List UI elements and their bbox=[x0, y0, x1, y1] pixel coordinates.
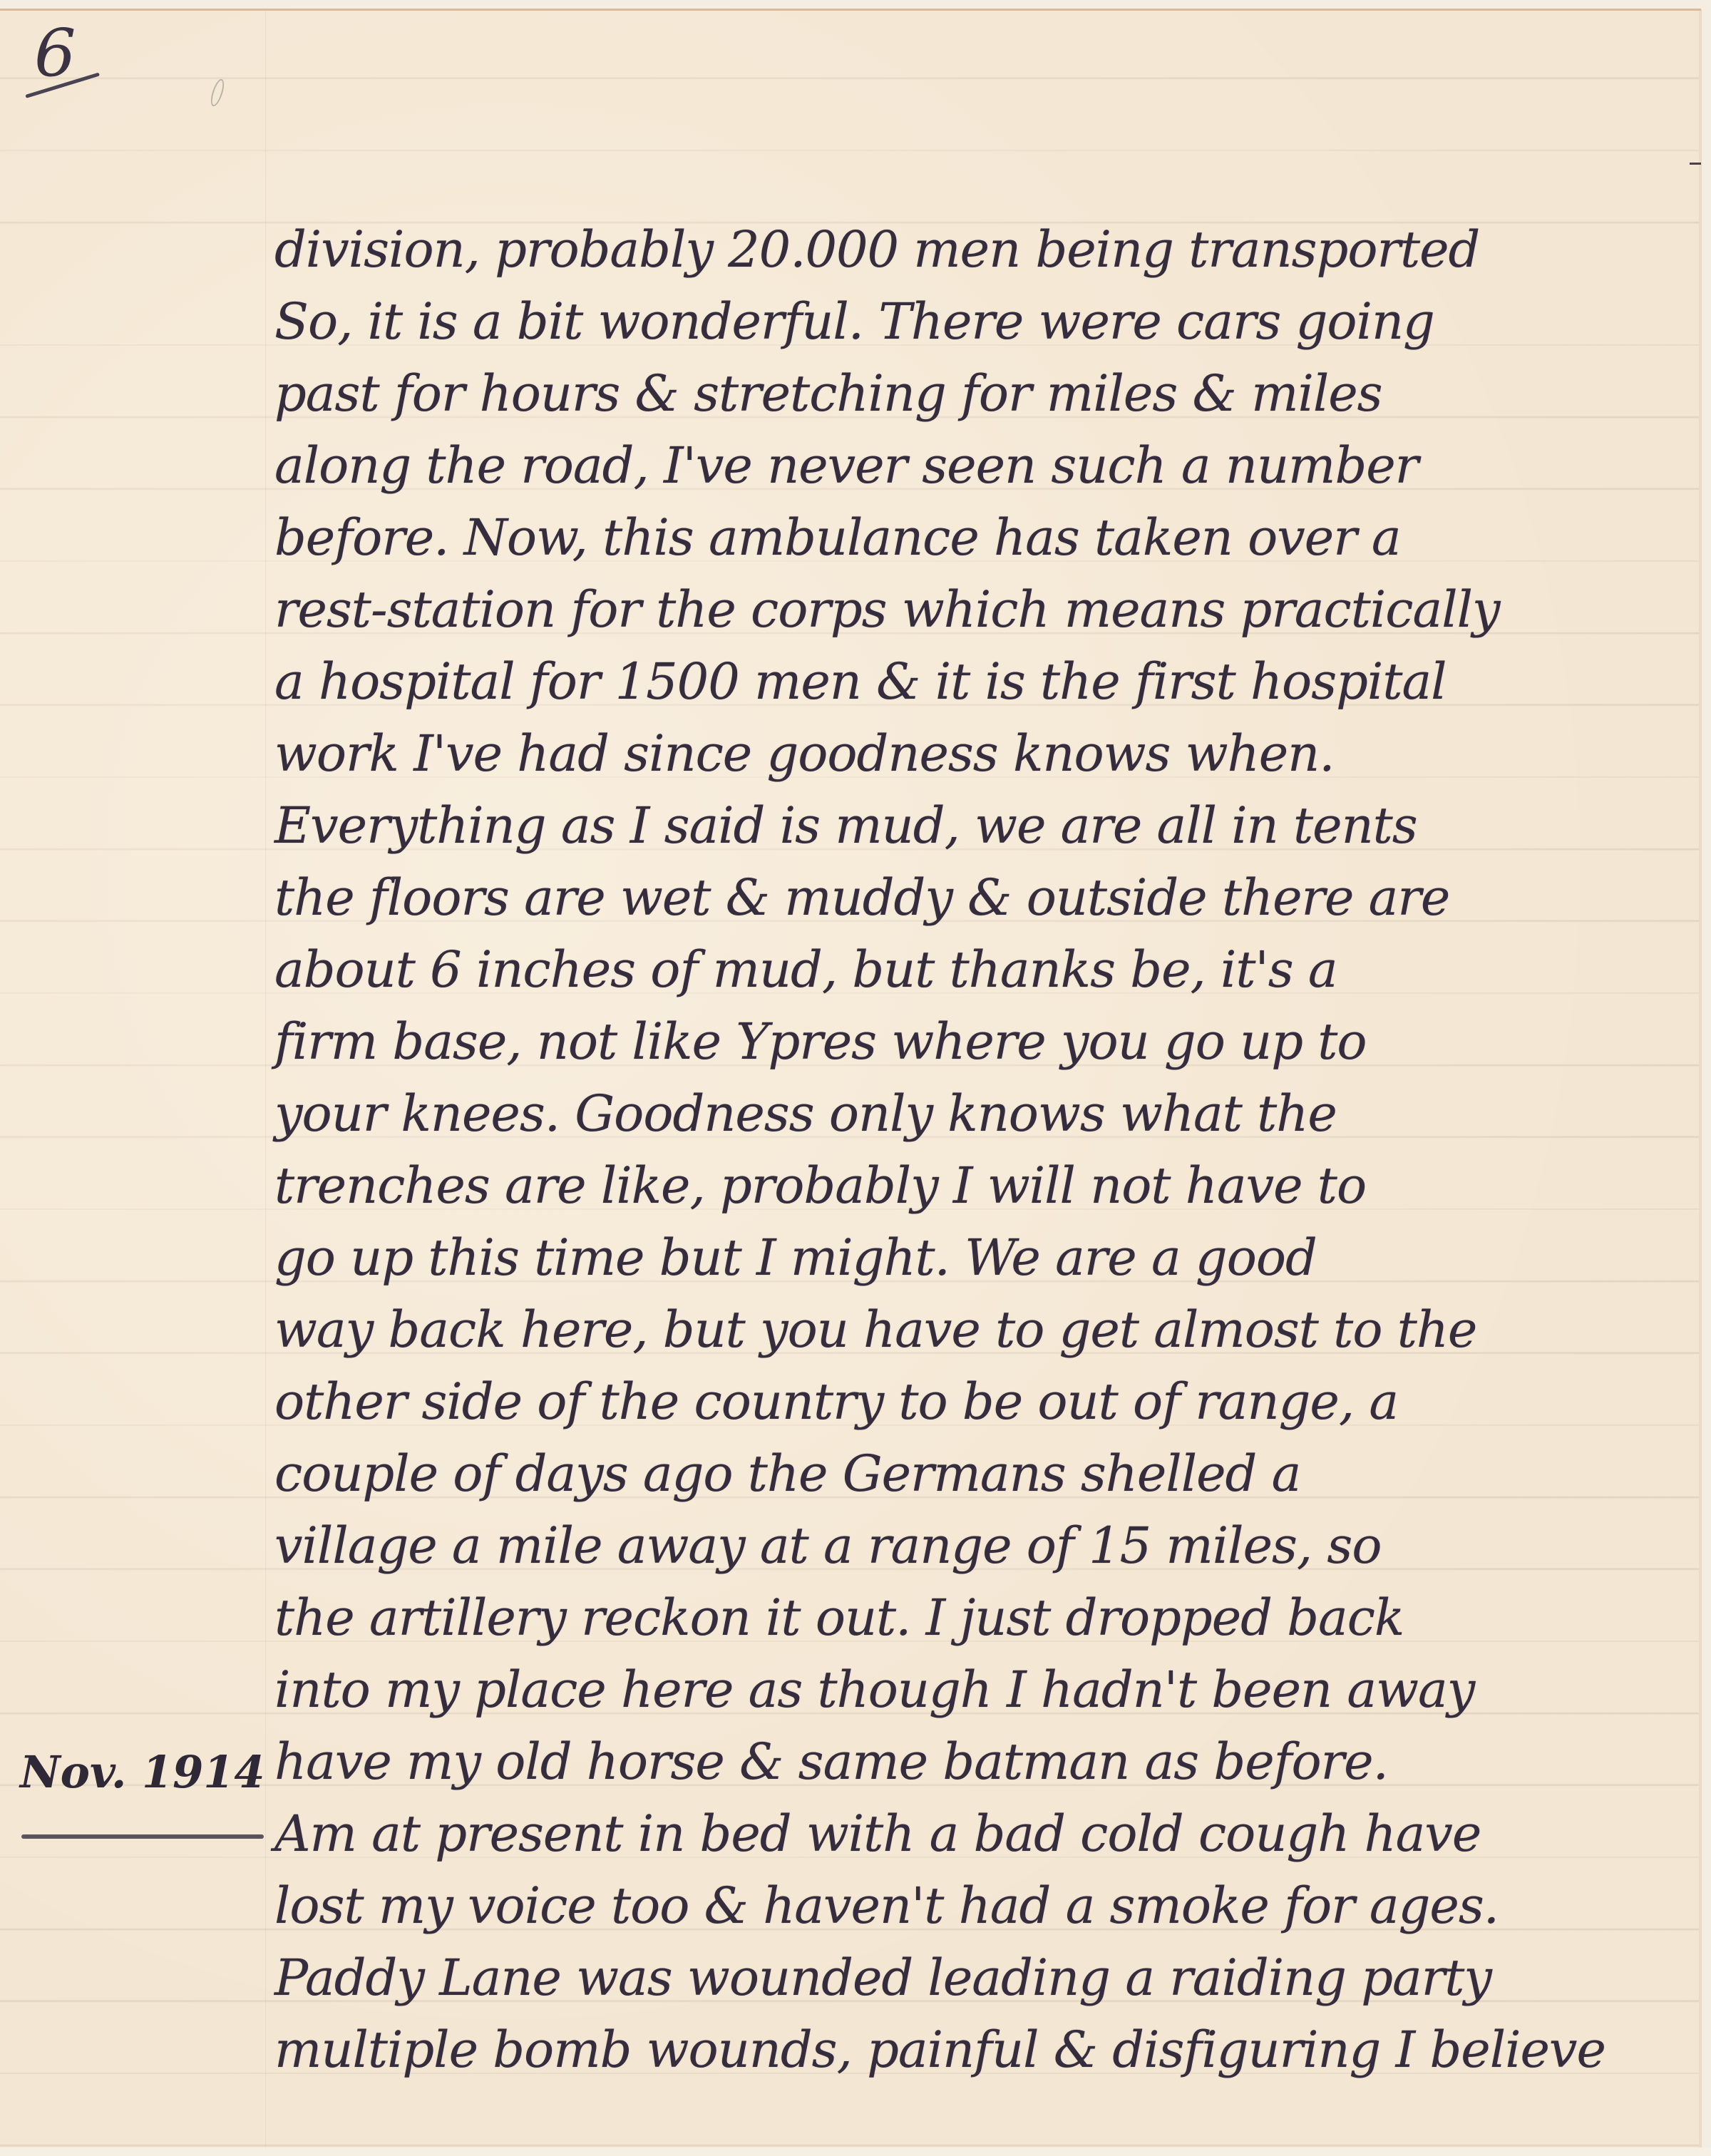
letter-page: 6 division, probably 20.000 men being tr… bbox=[0, 9, 1701, 2150]
text-line: along the road, I've never seen such a n… bbox=[274, 430, 1693, 502]
text-line: have my old horse & same batman as befor… bbox=[274, 1726, 1693, 1798]
text-line: multiple bomb wounds, painful & disfigur… bbox=[274, 2014, 1693, 2086]
text-line: your knees. Goodness only knows what the bbox=[274, 1078, 1693, 1150]
edge-tick-mark bbox=[1690, 163, 1701, 165]
text-line: So, it is a bit wonderful. There were ca… bbox=[274, 286, 1693, 358]
pencil-mark bbox=[208, 78, 227, 108]
text-line: about 6 inches of mud, but thanks be, it… bbox=[274, 934, 1693, 1006]
text-line: lost my voice too & haven't had a smoke … bbox=[274, 1870, 1693, 1942]
text-line: division, probably 20.000 men being tran… bbox=[274, 214, 1693, 286]
letter-body: division, probably 20.000 men being tran… bbox=[274, 214, 1693, 2086]
text-line: Paddy Lane was wounded leading a raiding… bbox=[274, 1942, 1693, 2014]
text-line: into my place here as though I hadn't be… bbox=[274, 1654, 1693, 1726]
text-line: before. Now, this ambulance has taken ov… bbox=[274, 502, 1693, 574]
text-line: couple of days ago the Germans shelled a bbox=[274, 1438, 1693, 1510]
text-line: a hospital for 1500 men & it is the firs… bbox=[274, 646, 1693, 718]
text-line: work I've had since goodness knows when. bbox=[274, 718, 1693, 790]
margin-date-underline bbox=[21, 1834, 264, 1839]
text-line: past for hours & stretching for miles & … bbox=[274, 358, 1693, 430]
text-line: trenches are like, probably I will not h… bbox=[274, 1150, 1693, 1222]
text-line: rest-station for the corps which means p… bbox=[274, 574, 1693, 646]
text-line: way back here, but you have to get almos… bbox=[274, 1294, 1693, 1366]
text-line: the artillery reckon it out. I just drop… bbox=[274, 1582, 1693, 1654]
backing-sheet bbox=[0, 2147, 1711, 2156]
margin-rule bbox=[265, 11, 266, 2150]
text-line: village a mile away at a range of 15 mil… bbox=[274, 1510, 1693, 1582]
page-edge bbox=[1699, 11, 1701, 2150]
text-line: Everything as I said is mud, we are all … bbox=[274, 790, 1693, 862]
text-line: Am at present in bed with a bad cold cou… bbox=[274, 1798, 1693, 1870]
text-line: the floors are wet & muddy & outside the… bbox=[274, 862, 1693, 934]
text-line: firm base, not like Ypres where you go u… bbox=[274, 1006, 1693, 1078]
text-line: go up this time but I might. We are a go… bbox=[274, 1222, 1693, 1294]
margin-date-note: Nov. 1914 bbox=[20, 1750, 265, 1795]
text-line: other side of the country to be out of r… bbox=[274, 1366, 1693, 1438]
page-number: 6 bbox=[34, 21, 76, 86]
